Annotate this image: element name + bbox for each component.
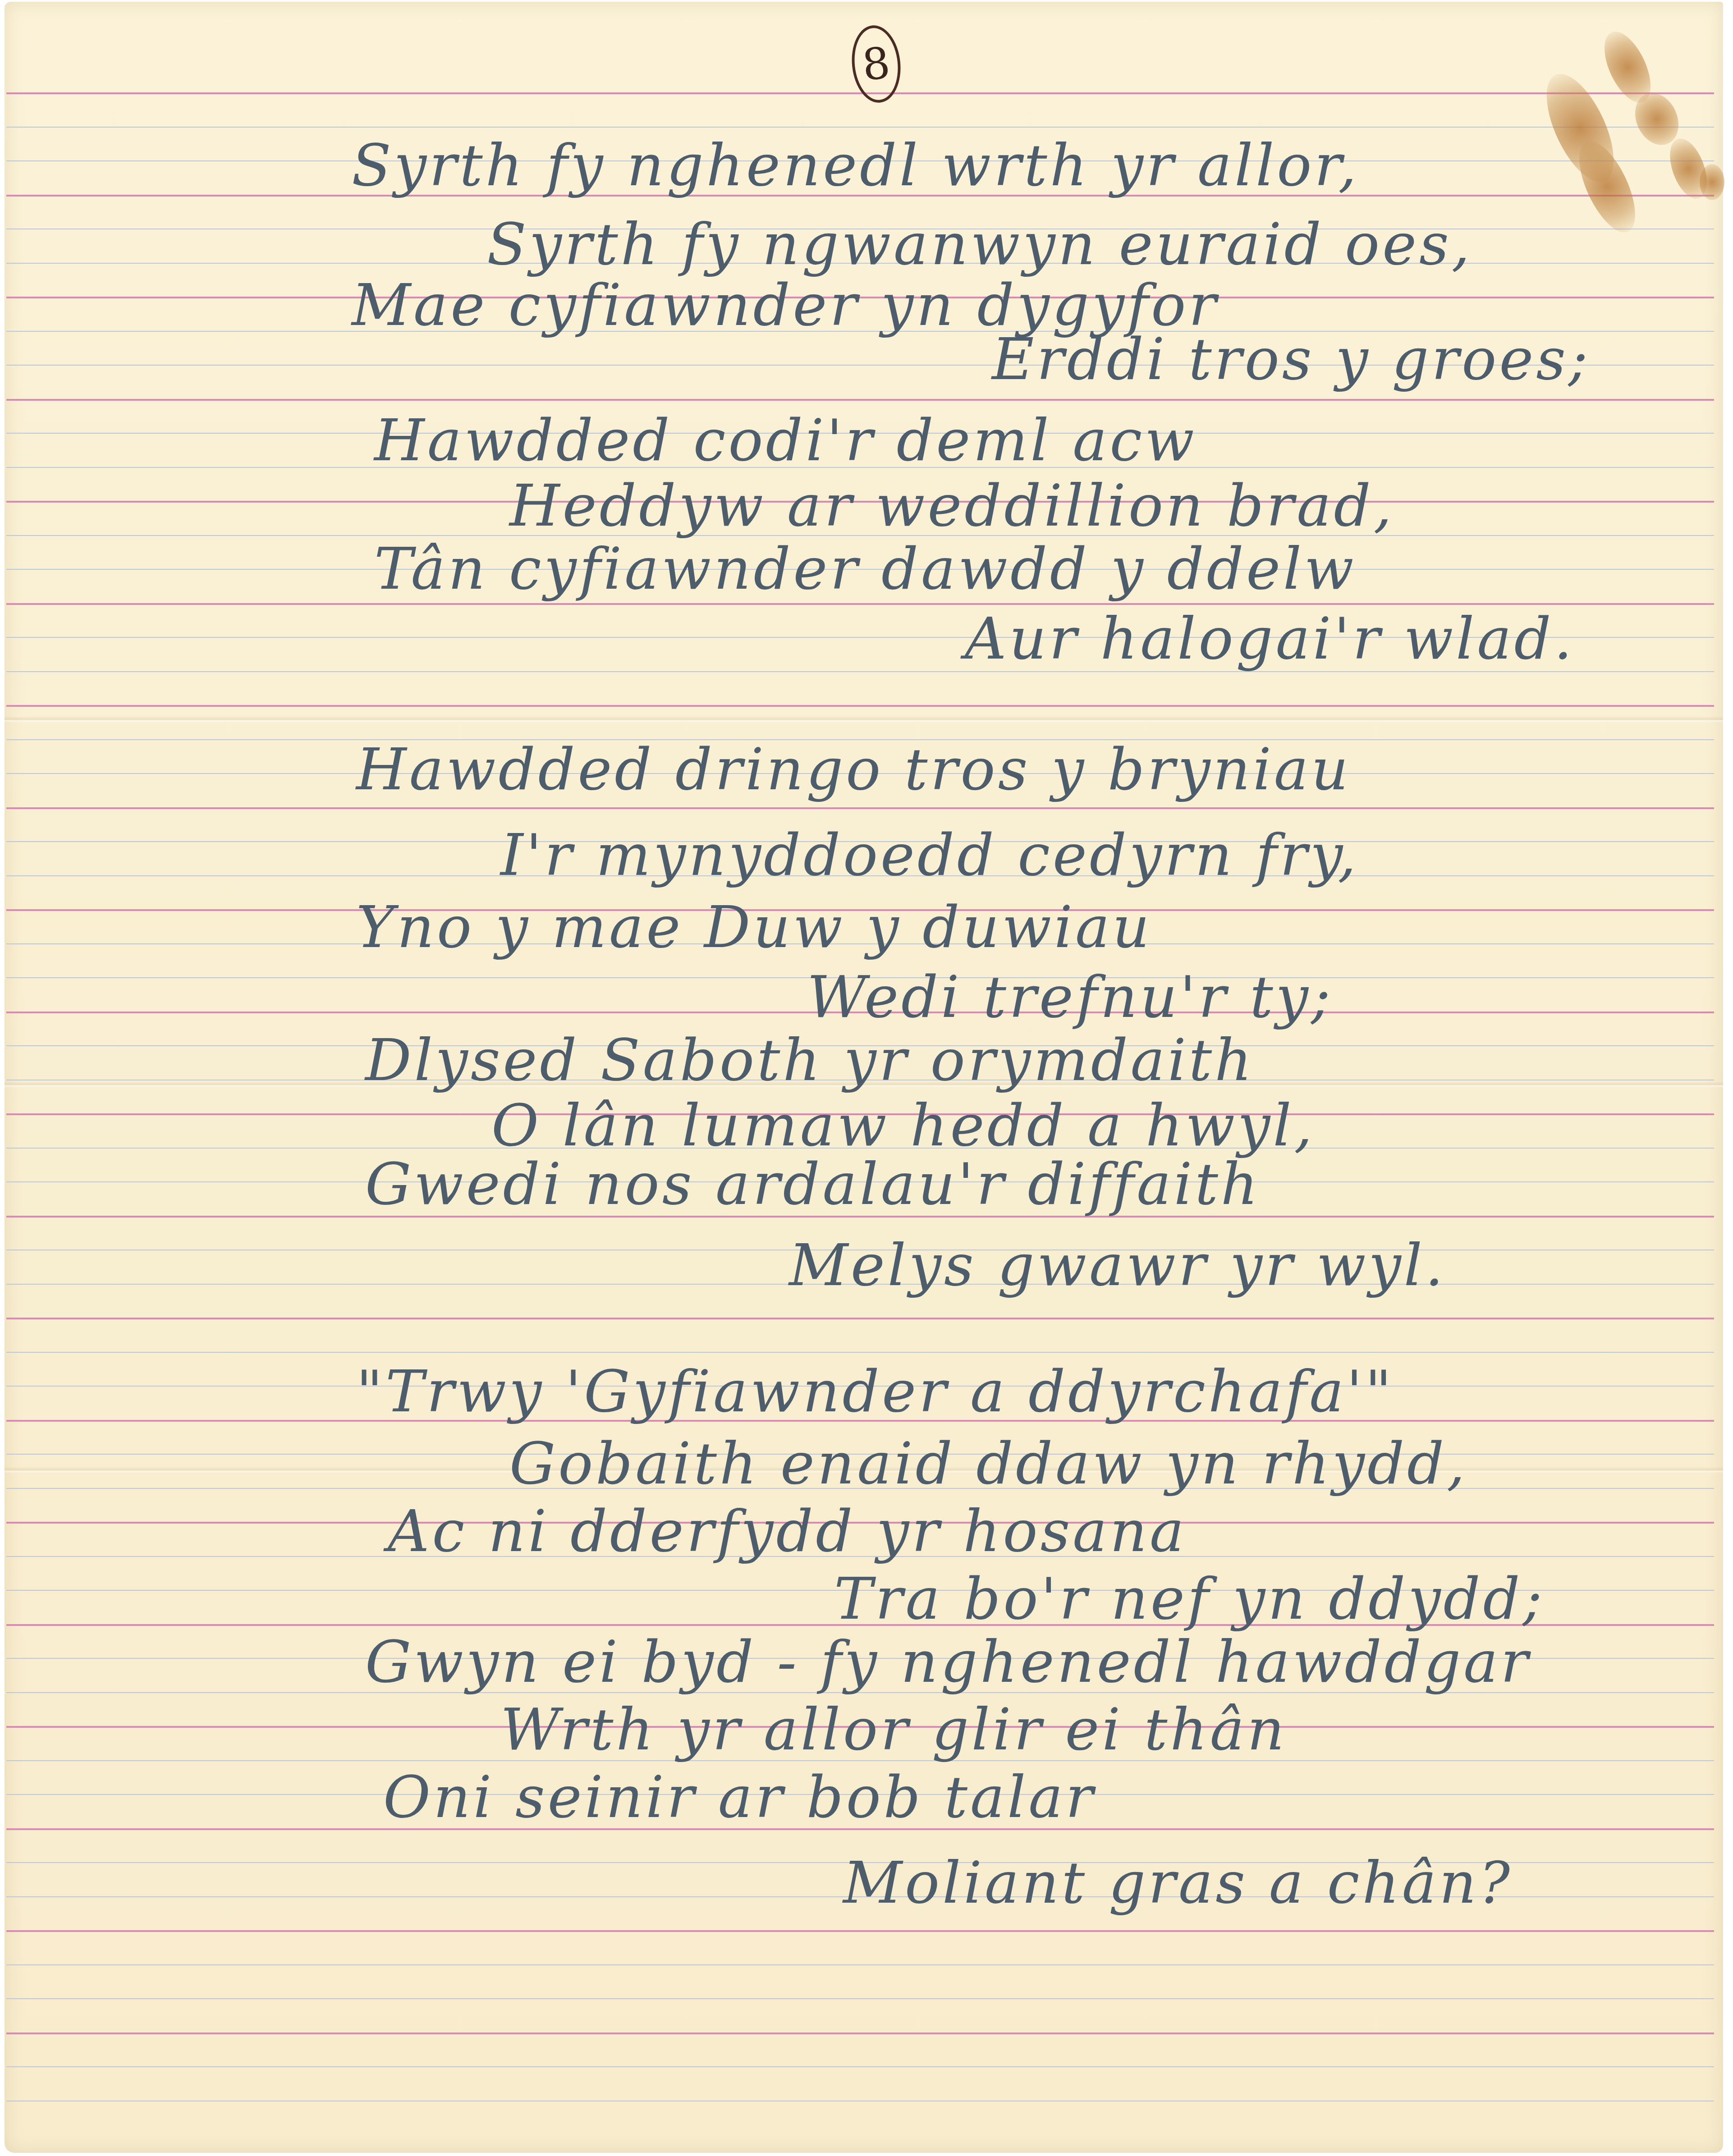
poem-line: Wrth yr allor glir ei thân [500,1701,1287,1759]
poem-line: Moliant gras a chân? [843,1854,1513,1912]
rule-line-pink [6,2032,1714,2034]
rule-line-pink [6,92,1714,94]
poem-line: Hawdded dringo tros y bryniau [356,741,1351,799]
rule-line-blue [6,1964,1714,1965]
poem-line: Wedi trefnu'r ty; [807,969,1333,1026]
poem-line: Gwyn ei byd - fy nghenedl hawddgar [365,1634,1531,1691]
poem-line: Hawdded codi'r deml acw [374,412,1197,470]
rule-line-blue [6,1998,1714,1999]
poem-line: Oni seinir ar bob talar [383,1769,1096,1826]
poem-line: Dlysed Saboth yr orymdaith [365,1032,1255,1089]
poem-line: Syrth fy nghenedl wrth yr allor, [352,137,1359,195]
rule-line-pink [6,399,1714,401]
page-number: 8 [860,37,892,91]
poem-line: "Trwy 'Gyfiawnder a ddyrchafa'" [356,1363,1394,1421]
poem-line: Tân cyfiawnder dawdd y ddelw [374,540,1357,598]
rule-line-pink [6,1930,1714,1932]
poem-line: Gobaith enaid ddaw yn rhydd, [509,1435,1468,1493]
poem-line: I'r mynyddoedd cedyrn fry, [500,827,1359,884]
poem-line: Gwedi nos ardalau'r diffaith [365,1156,1261,1213]
rule-line-blue [6,2101,1714,2101]
poem-line: Erddi tros y groes; [992,331,1591,389]
paper-fold-crease [5,716,1723,723]
poem-line: Yno y mae Duw y duwiau [356,899,1152,957]
rule-line-pink [6,807,1714,809]
poem-line: O lân lumaw hedd a hwyl, [491,1097,1315,1155]
poem-line: Aur halogai'r wlad. [965,610,1575,668]
rule-line-pink [6,705,1714,707]
rule-line-pink [6,603,1714,605]
poem-line: Tra bo'r nef yn ddydd; [834,1570,1545,1628]
rule-line-blue [6,127,1714,128]
poem-line: Melys gwawr yr wyl. [789,1237,1446,1295]
manuscript-page: 8 Syrth fy nghenedl wrth yr allor, Syrth… [5,2,1723,2153]
rule-line-blue [6,1352,1714,1353]
poem-line: Ac ni dderfydd yr hosana [388,1503,1187,1561]
poem-line: Syrth fy ngwanwyn euraid oes, [487,216,1472,274]
rule-line-pink [6,1318,1714,1319]
rule-line-blue [6,2066,1714,2067]
poem-line: Heddyw ar weddillion brad, [509,477,1394,535]
